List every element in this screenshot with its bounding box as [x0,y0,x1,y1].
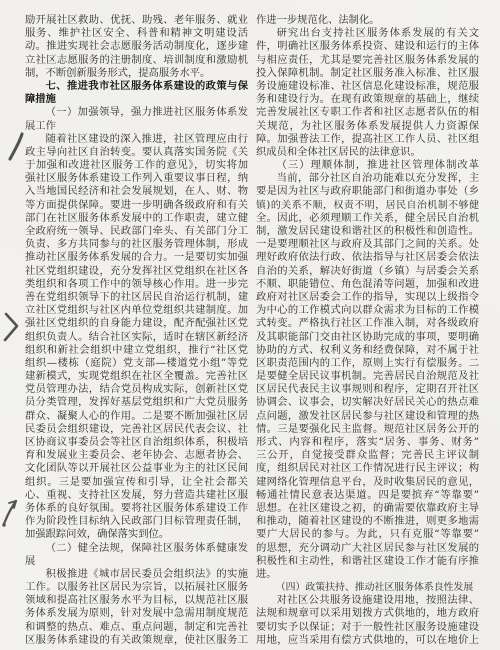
text-line: 民委员会组织建设，完善社区居民代表会议、社 [25,423,248,436]
text-line: 法规和规章可以采用划拨方式供地的，地方政府 [256,607,479,620]
text-line: 积极推进《城市居民委员会组织法》的实施 [25,568,248,581]
left-column: 励开展社区救助、优抚、助残、老年服务、就业服务、维护社区安全、科普和精神文明建设… [25,14,248,650]
text-line: 用地，应当采用有偿方式供地的，可以在地价上 [256,634,479,647]
text-line: 积极性和主动性，和谐社区建设工作才能有序推 [256,555,479,568]
text-line: 区协商议事委员会等社区自治组织体系，积极培 [25,436,248,449]
text-line: 政主导向社区自治转变。要认真落实国务院《关 [25,146,248,159]
text-line: 当前，部分社区自治功能难以充分发挥，主 [256,172,479,185]
handwritten-chevron-mark [3,311,21,343]
text-line: 是要健全居民议事机制。完善居民自治规范及社 [256,370,479,383]
text-line: 对社区公共服务设施建设用地，按照法律、 [256,594,479,607]
text-line: 件，明确社区服务体系投资、建设和运行的主体 [256,40,479,53]
text-line: 立社区志愿服务的注册制度、培训制度和激励机 [25,54,248,67]
text-line: 心、重视、支持社区发展，努力营造共建社区服 [25,489,248,502]
text-line: （四）政策扶持、推动社区服务体系良性发展 [256,581,479,594]
text-line: 负责、多方共同参与的社区服务管理体制，形成 [25,238,248,251]
document-page: 励开展社区救助、优抚、助残、老年服务、就业服务、维护社区安全、科普和精神文明建设… [0,0,500,650]
text-line: 思想。在社区建设之初，的确需要依靠政府主导 [256,502,479,515]
text-line: 及其职能部门交由社区协助完成的事项，要明确 [256,331,479,344]
text-line: 建网络化管理信息平台，及时收集居民的意见， [256,476,479,489]
text-line: 随着社区建设的深入推进，社区管理应由行 [25,133,248,146]
text-line: 理好政府依法行政、依法指导与社区居委会依法 [256,251,479,264]
text-line: 的思想，充分调动广大社区居民参与社区发展的 [256,542,479,555]
text-line: 障。加强普法工作，提高社区工作人员、社区组 [256,133,479,146]
text-line: 社区党组织建设，充分发挥社区党组织在社区各 [25,265,248,278]
text-line: 务设施建设标准、社区信息化建设标准，规范服 [256,80,479,93]
text-line: 一是要理顺社区与政府及其部门之间的关系。处 [256,238,479,251]
text-line: 文化团队等以开展社区公益事业为主的社区民间 [25,462,248,475]
text-line: 服务、维护社区安全、科普和精神文明建设活 [25,27,248,40]
text-line: 强社区党组织的自身能力建设，配齐配强社区党 [25,317,248,330]
text-line: 群众、凝聚人心的作用。二是要不断加强社区居 [25,410,248,423]
text-line: 党员管理办法，结合党员构成实际，创新社区党 [25,383,248,396]
text-line: 要切实予以保证；对于一般性社区服务设施建设 [256,621,479,634]
text-line: 政府对社区居委会工作的指导，实现以上级指令 [256,291,479,304]
text-line: 制，不断创新服务形式，提高服务水平。 [25,67,248,80]
text-line: 区服务体系建设的有关政策规章，使社区服务工 [25,634,248,647]
text-line: 织成员和全体社区居民的法律意识。 [256,146,479,159]
text-line: 完善发展社区专职工作者和社区志愿者队伍的相 [256,106,479,119]
handwritten-arrow-mark [0,495,22,529]
text-line: 畅通社情民意表达渠道。四是要摈弃“等靠要” [256,489,479,502]
text-line: 研究出台支持社区服务体系发展的有关文 [256,27,479,40]
text-line: 作进一步规范化、法制化。 [256,14,479,27]
handwritten-tick-mark [6,131,26,163]
text-line: 与相应责任，尤其是要完善社区服务体系发展的 [256,54,479,67]
text-line: 区居民代表民主议事规则和程序，定期召开社区 [256,383,479,396]
text-line: 部门在社区服务体系发展中的工作职责，建立健 [25,212,248,225]
text-line: 强社区服务体系建设工作列入重要议事日程，纳 [25,172,248,185]
text-line: 工作。以服务社区居民为宗旨，以拓展社区服务 [25,581,248,594]
text-line: 组织负责人。结合社区实际，适时在辖区新经济 [25,331,248,344]
text-line: 式转变。严格执行社区工作准入制，对各级政府 [256,317,479,330]
text-line: 展工作 [25,120,248,133]
text-line: 区职责范围内的工作，原则上实行有偿服务。二 [256,357,479,370]
text-line: 不顺、职能错位、角色混淆等问题，加强和改进 [256,278,479,291]
text-line: 组织—楼栋（庭院）党支部—楼道党小组”等党 [25,357,248,370]
text-line: 七、推进我市社区服务体系建设的政策与保 [25,80,248,93]
text-line: 加强跟踪问效，确保落实到位。 [25,528,248,541]
text-line: 员分类管理，发挥好基层党组织和广大党员服务 [25,396,248,409]
text-line: 情。三是要强化民主监督。规范社区居务公开的 [256,423,479,436]
text-line: 类组织和各项工作中的领导核心作用。进一步完 [25,278,248,291]
text-line: 务体系发展为原则，针对发展中急需用制度规范 [25,607,248,620]
text-line: 要广大居民的参与。为此，只有克服“等靠要” [256,528,479,541]
text-line: （三）理顺体制，推进社区管理体制改革 [256,159,479,172]
text-line: 展 [25,555,248,568]
text-line: 和调整的热点、难点、重点问题，制定和完善社 [25,621,248,634]
text-line: 协助的方式、权利义务和经费保障，对不属于社 [256,344,479,357]
text-line: 动。推进实现社会志愿服务活动制度化，逐步建 [25,40,248,53]
text-line: 形式、内容和程序，落实“居务、事务、财务” [256,436,479,449]
text-line: 务体系的良好氛围。要将社区服务体系建设工作 [25,502,248,515]
text-line: 励开展社区救助、优抚、助残、老年服务、就业 [25,14,248,27]
text-line: 自治的关系，解决好街道（乡镇）与居委会关系 [256,265,479,278]
text-line: 投入保障机制。制定社区服务准入标准、社区服 [256,67,479,80]
text-line: 障措施 [25,93,248,106]
text-line: 全。因此，必须理顺工作关系，健全居民自治机 [256,212,479,225]
text-line: 全政府统一领导、民政部门牵头、有关部门分工 [25,225,248,238]
text-line: 推动社区服务体系发展的合力。一是要切实加强 [25,251,248,264]
text-line: 善在党组织领导下的社区居民自治运行机制，建 [25,291,248,304]
text-line: 三公开，自觉接受群众监督；完善民主评议制 [256,449,479,462]
text-line: 作为阶段性目标纳入民政部门目标管理责任制， [25,515,248,528]
text-line: 点问题，激发社区居民参与社区建设和管理的热 [256,410,479,423]
text-line: 镇)的关系不顺，权责不明，居民自治机制不够健 [256,199,479,212]
text-line: 建新模式，实现党组织在社区全覆盖。完善社区 [25,370,248,383]
text-line: 度，组织居民对社区工作情况进行民主评议；构 [256,462,479,475]
text-line: 等方面提供保障。要进一步明确各级政府和有关 [25,199,248,212]
text-line: 立社区党组织与社区内单位党组织共建制度。加 [25,304,248,317]
right-column: 作进一步规范化、法制化。研究出台支持社区服务体系发展的有关文件，明确社区服务体系… [256,14,479,650]
text-line: 为中心的工作模式向以群众需求为目标的工作模 [256,304,479,317]
text-line: 协调会、议事会，切实解决好居民关心的热点难 [256,396,479,409]
text-line: 和推动，随着社区建设的不断推进，则更多地需 [256,515,479,528]
text-line: （一）加强领导，强力推进社区服务体系发 [25,106,248,119]
text-line: 关规范，为社区服务体系发展提供人力资源保 [256,120,479,133]
text-line: 要是因为社区与政府职能部门和街道办事处（乡 [256,185,479,198]
text-line: 进。 [256,568,479,581]
text-line: 育和发展业主委员会、老年协会、志愿者协会、 [25,449,248,462]
text-line: 于加强和改进社区服务工作的意见》，切实将加 [25,159,248,172]
text-line: （二）健全法规，保障社区服务体系健康发 [25,542,248,555]
text-line: 组织。三是要加强宣传和引导，让全社会都关 [25,476,248,489]
text-line: 领域和提高社区服务水平为目标，以规范社区服 [25,594,248,607]
text-line: 制，激发居民建设和谐社区的积极性和创造性。 [256,225,479,238]
text-line: 组织和新社会组织中建立党组织，推行“社区党 [25,344,248,357]
text-line: 入当地国民经济和社会发展规划，在人、财、物 [25,185,248,198]
text-line: 务和建设行为。在现有政策规章的基础上，继续 [256,93,479,106]
